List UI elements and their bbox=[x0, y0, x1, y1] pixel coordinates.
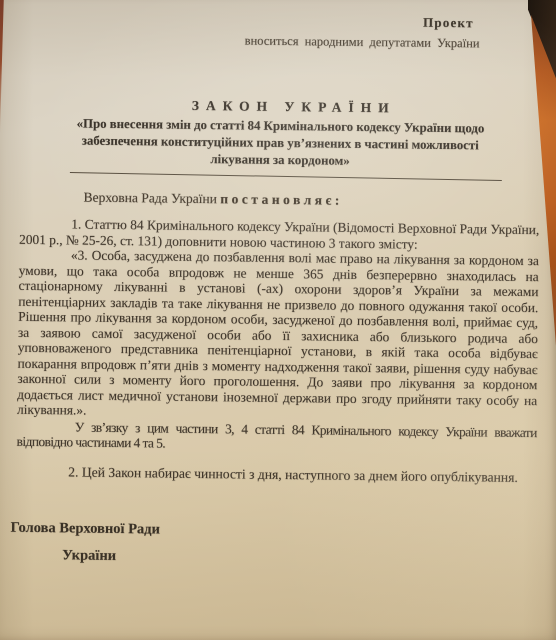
photographed-law-draft: Проект вноситься народними депутатами Ук… bbox=[0, 0, 556, 640]
resolution-verb: постановляє: bbox=[220, 191, 343, 207]
title-underline bbox=[70, 172, 502, 181]
law-subtitle: «Про внесення змін до статті 84 Кримінал… bbox=[58, 115, 503, 171]
signature-block: Голова Верховної Ради України bbox=[10, 519, 549, 570]
draft-label: Проект bbox=[0, 10, 556, 33]
paragraph-article-2: 2. Цей Закон набирає чинності з дня, нас… bbox=[16, 462, 536, 485]
body-text: 1. Статтю 84 Кримінального кодексу Украї… bbox=[16, 216, 539, 486]
paper-sheet: Проект вноситься народними депутатами Ук… bbox=[0, 0, 556, 640]
paragraph-new-part-3: «3. Особа, засуджена до позбавлення волі… bbox=[17, 247, 539, 424]
resolution-prefix: Верховна Рада України bbox=[84, 190, 217, 207]
title-block: ЗАКОН УКРАЇНИ «Про внесення змін до стат… bbox=[0, 96, 555, 181]
signature-title: Голова Верховної Ради bbox=[10, 519, 549, 543]
resolution-line: Верховна Рада України постановляє: bbox=[83, 190, 553, 212]
submitted-by-line: вноситься народними депутатами України bbox=[0, 31, 556, 53]
paragraph-renumbering: У зв’язку з цим частини 3, 4 статті 84 К… bbox=[17, 418, 537, 454]
signature-country: України bbox=[62, 547, 549, 570]
document-content: Проект вноситься народними депутатами Ук… bbox=[0, 0, 556, 640]
